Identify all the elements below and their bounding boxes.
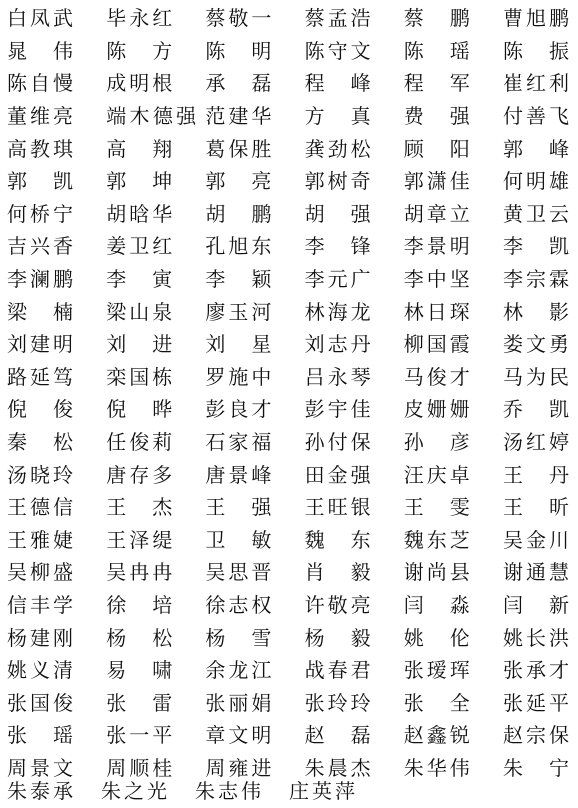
name-row: 王雅婕王泽缇卫敏魏东魏东芝吴金川 — [7, 524, 577, 557]
name-char: 陈 — [503, 39, 523, 63]
person-name: 王强 — [205, 495, 271, 519]
name-cell: 皮姗姗 — [404, 397, 503, 421]
name-char: 兴 — [30, 234, 50, 258]
name-char: 姚 — [7, 658, 27, 682]
name-char: 晓 — [30, 463, 50, 487]
name-char: 旭 — [526, 6, 546, 30]
name-cell: 唐景峰 — [205, 463, 304, 487]
name-char: 刚 — [53, 626, 73, 650]
name-char: 红 — [526, 71, 546, 95]
name-char: 敏 — [251, 528, 271, 552]
name-char: 龙 — [351, 300, 371, 324]
name-char: 付 — [328, 430, 348, 454]
name-char: 自 — [30, 71, 50, 95]
name-char: 董 — [7, 104, 27, 128]
name-cell: 李锋 — [305, 234, 404, 258]
name-char: 吴 — [106, 560, 126, 584]
name-char: 梁 — [7, 300, 27, 324]
name-cell: 吴冉冉 — [106, 560, 205, 584]
name-char: 明 — [53, 332, 73, 356]
person-name: 王雅婕 — [7, 528, 73, 552]
name-char: 春 — [328, 658, 348, 682]
name-char: 丽 — [228, 691, 248, 715]
name-char: 范 — [205, 104, 225, 128]
name-cell: 刘志丹 — [305, 332, 404, 356]
person-name: 李中坚 — [404, 267, 470, 291]
person-name: 李景明 — [404, 234, 470, 258]
name-char: 高 — [106, 137, 126, 161]
name-char: 强 — [351, 202, 371, 226]
person-name: 程峰 — [305, 71, 371, 95]
name-char: 林 — [404, 300, 424, 324]
name-char: 锋 — [351, 234, 371, 258]
name-cell: 程峰 — [305, 71, 404, 95]
name-char: 霞 — [450, 332, 470, 356]
name-char: 勇 — [549, 332, 569, 356]
name-char: 龙 — [228, 658, 248, 682]
name-char: 河 — [251, 300, 271, 324]
person-name: 陈守文 — [305, 39, 371, 63]
name-char: 杨 — [106, 626, 126, 650]
name-char: 桥 — [30, 202, 50, 226]
name-cell: 郭树奇 — [305, 169, 404, 193]
name-cell: 唐存多 — [106, 463, 205, 487]
name-char: 华 — [251, 104, 271, 128]
name-char: 张 — [7, 723, 27, 747]
name-char: 英 — [312, 779, 332, 803]
name-cell: 梁楠 — [7, 300, 106, 324]
person-name: 董维亮 — [7, 104, 73, 128]
person-name: 张国俊 — [7, 691, 73, 715]
name-char: 倪 — [7, 397, 27, 421]
name-char: 永 — [129, 6, 149, 30]
name-char: 胡 — [305, 202, 325, 226]
name-char: 王 — [503, 495, 523, 519]
person-name: 王德信 — [7, 495, 73, 519]
person-name: 廖玉河 — [205, 300, 271, 324]
name-char: 杨 — [305, 626, 325, 650]
name-cell: 朱泰承 — [7, 779, 101, 803]
name-cell: 张丽娟 — [205, 691, 304, 715]
name-char: 胡 — [404, 202, 424, 226]
name-char: 承 — [526, 658, 546, 682]
name-cell: 刘建明 — [7, 332, 106, 356]
name-cell: 王雯 — [404, 495, 503, 519]
name-cell: 肖毅 — [305, 560, 404, 584]
person-name: 晁伟 — [7, 39, 73, 63]
name-char: 承 — [205, 71, 225, 95]
name-cell: 易啸 — [106, 658, 205, 682]
name-char: 孔 — [205, 234, 225, 258]
person-name: 赵宗保 — [503, 723, 569, 747]
name-char: 石 — [205, 430, 225, 454]
name-char: 奇 — [351, 169, 371, 193]
name-char: 一 — [129, 723, 149, 747]
name-char: 元 — [328, 267, 348, 291]
name-char: 伟 — [241, 779, 261, 803]
name-char: 武 — [53, 6, 73, 30]
name-char: 洪 — [549, 626, 569, 650]
name-cell: 赵磊 — [305, 723, 404, 747]
name-char: 赵 — [503, 723, 523, 747]
name-char: 明 — [129, 71, 149, 95]
name-char: 路 — [7, 365, 27, 389]
name-char: 伦 — [450, 626, 470, 650]
person-name: 郭坤 — [106, 169, 172, 193]
name-row: 李澜鹏李寅李颖李元广李中坚李宗霖 — [7, 263, 577, 296]
name-row: 白凤武毕永红蔡敬一蔡孟浩蔡鹏曹旭鹏 — [7, 2, 577, 35]
name-cell: 高翔 — [106, 137, 205, 161]
name-char: 余 — [205, 658, 225, 682]
name-cell: 林日琛 — [404, 300, 503, 324]
name-cell: 何明雄 — [503, 169, 578, 193]
name-char: 李 — [503, 234, 523, 258]
name-char: 磊 — [251, 71, 271, 95]
name-char: 松 — [53, 430, 73, 454]
name-char: 程 — [404, 71, 424, 95]
name-char: 建 — [30, 626, 50, 650]
name-char: 白 — [7, 6, 27, 30]
name-cell: 王泽缇 — [106, 528, 205, 552]
name-char: 宁 — [549, 756, 569, 780]
name-char: 方 — [152, 39, 172, 63]
name-char: 海 — [328, 300, 348, 324]
name-cell: 陈明 — [205, 39, 304, 63]
person-name: 杨松 — [106, 626, 172, 650]
person-name: 朱泰承 — [7, 779, 73, 803]
person-name: 徐培 — [106, 593, 172, 617]
name-cell: 汪庆卓 — [404, 463, 503, 487]
name-char: 红 — [152, 234, 172, 258]
name-cell: 张雷 — [106, 691, 205, 715]
name-cell: 庄英萍 — [289, 779, 383, 803]
name-char: 田 — [305, 463, 325, 487]
name-row: 信丰学徐培徐志权许敬亮闫淼闫新 — [7, 589, 577, 622]
name-char: 光 — [147, 779, 167, 803]
name-cell: 吴思晋 — [205, 560, 304, 584]
name-char: 姚 — [503, 626, 523, 650]
name-char: 良 — [228, 397, 248, 421]
name-char: 志 — [228, 593, 248, 617]
name-char: 李 — [7, 267, 27, 291]
person-name: 任俊莉 — [106, 430, 172, 454]
name-char: 朱 — [195, 779, 215, 803]
name-char: 郭 — [205, 169, 225, 193]
name-char: 凯 — [549, 397, 569, 421]
name-cell: 彭良才 — [205, 397, 304, 421]
name-cell: 郭潇佳 — [404, 169, 503, 193]
name-cell: 王强 — [205, 495, 304, 519]
name-char: 雯 — [450, 495, 470, 519]
person-name: 杨毅 — [305, 626, 371, 650]
name-char: 刘 — [7, 332, 27, 356]
name-char: 郭 — [106, 169, 126, 193]
person-name: 刘进 — [106, 332, 172, 356]
name-cell: 汤红婷 — [503, 430, 578, 454]
name-char: 松 — [351, 137, 371, 161]
person-name: 王丹 — [503, 463, 569, 487]
name-char: 莉 — [152, 430, 172, 454]
person-name: 张瑷珲 — [404, 658, 470, 682]
person-name: 朱华伟 — [404, 756, 470, 780]
name-char: 孟 — [328, 6, 348, 30]
person-name: 章文明 — [205, 723, 271, 747]
name-cell: 董维亮 — [7, 104, 106, 128]
name-char: 战 — [305, 658, 325, 682]
name-char: 鹏 — [251, 202, 271, 226]
person-name: 梁楠 — [7, 300, 73, 324]
name-char: 县 — [450, 560, 470, 584]
name-char: 费 — [404, 104, 424, 128]
person-name: 谢尚县 — [404, 560, 470, 584]
name-char: 文 — [351, 39, 371, 63]
name-char: 张 — [106, 723, 126, 747]
name-char: 鑫 — [427, 723, 447, 747]
name-cell: 胡晗华 — [106, 202, 205, 226]
name-char: 明 — [251, 39, 271, 63]
name-cell: 朱之光 — [101, 779, 195, 803]
name-cell: 孔旭东 — [205, 234, 304, 258]
name-cell: 张承才 — [503, 658, 578, 682]
name-char: 一 — [251, 6, 271, 30]
name-char: 蔡 — [305, 6, 325, 30]
person-name: 张丽娟 — [205, 691, 271, 715]
name-char: 马 — [503, 365, 523, 389]
name-char: 平 — [152, 723, 172, 747]
name-char: 彭 — [205, 397, 225, 421]
name-char: 柳 — [404, 332, 424, 356]
name-char: 志 — [328, 332, 348, 356]
name-char: 张 — [404, 691, 424, 715]
name-char: 王 — [7, 528, 27, 552]
name-char: 信 — [53, 495, 73, 519]
name-char: 崔 — [503, 71, 523, 95]
name-cell: 王旺银 — [305, 495, 404, 519]
name-cell: 朱宁 — [503, 756, 578, 780]
person-name: 林影 — [503, 300, 569, 324]
name-row: 董维亮端木德强范建华方真费强付善飞 — [7, 100, 577, 133]
name-cell: 蔡孟浩 — [305, 6, 404, 30]
name-char: 全 — [450, 691, 470, 715]
name-char: 存 — [129, 463, 149, 487]
name-cell: 蔡鹏 — [404, 6, 503, 30]
name-cell: 乔凯 — [503, 397, 578, 421]
name-cell: 刘星 — [205, 332, 304, 356]
name-char: 魏 — [404, 528, 424, 552]
name-cell: 彭宇佳 — [305, 397, 404, 421]
person-name: 端木德强 — [106, 104, 196, 128]
name-cell: 许敬亮 — [305, 593, 404, 617]
name-char: 曹 — [503, 6, 523, 30]
name-char: 郭 — [7, 169, 27, 193]
person-name: 曹旭鹏 — [503, 6, 569, 30]
name-char: 翔 — [152, 137, 172, 161]
name-char: 俊 — [129, 430, 149, 454]
person-name: 魏东芝 — [404, 528, 470, 552]
name-char: 淼 — [450, 593, 470, 617]
person-name: 张全 — [404, 691, 470, 715]
name-cell: 王丹 — [503, 463, 578, 487]
person-name: 陈振 — [503, 39, 569, 63]
name-char: 华 — [152, 202, 172, 226]
name-cell: 郭坤 — [106, 169, 205, 193]
person-name: 吴思晋 — [205, 560, 271, 584]
name-char: 肖 — [305, 560, 325, 584]
name-char: 卓 — [450, 463, 470, 487]
name-cell: 马为民 — [503, 365, 578, 389]
name-char: 芝 — [450, 528, 470, 552]
name-cell: 胡章立 — [404, 202, 503, 226]
name-char: 萍 — [335, 779, 355, 803]
name-char: 木 — [130, 104, 150, 128]
name-cell: 蔡敬一 — [205, 6, 304, 30]
name-cell: 李景明 — [404, 234, 503, 258]
name-char: 琴 — [351, 365, 371, 389]
name-char: 家 — [228, 430, 248, 454]
name-char: 卫 — [205, 528, 225, 552]
name-cell: 娄文勇 — [503, 332, 578, 356]
person-name: 蔡鹏 — [404, 6, 470, 30]
person-name: 柳国霞 — [404, 332, 470, 356]
name-char: 劲 — [328, 137, 348, 161]
name-char: 丹 — [549, 463, 569, 487]
name-char: 旭 — [228, 234, 248, 258]
name-char: 吴 — [205, 560, 225, 584]
name-char: 华 — [427, 756, 447, 780]
name-char: 强 — [251, 495, 271, 519]
name-char: 晋 — [251, 560, 271, 584]
name-list-last-row: 朱泰承朱之光朱志伟庄英萍 — [7, 777, 383, 805]
name-char: 庆 — [427, 463, 447, 487]
name-char: 付 — [503, 104, 523, 128]
person-name: 汪庆卓 — [404, 463, 470, 487]
name-cell: 栾国栋 — [106, 365, 205, 389]
name-char: 新 — [549, 593, 569, 617]
name-char: 文 — [526, 332, 546, 356]
name-char: 婷 — [549, 430, 569, 454]
name-char: 李 — [305, 234, 325, 258]
name-row: 倪俊倪晔彭良才彭宇佳皮姗姗乔凯 — [7, 393, 577, 426]
person-name: 朱之光 — [101, 779, 167, 803]
name-char: 成 — [106, 71, 126, 95]
name-char: 亮 — [351, 593, 371, 617]
name-char: 松 — [152, 626, 172, 650]
name-cell: 范建华 — [205, 104, 304, 128]
name-cell: 章文明 — [205, 723, 304, 747]
person-name: 陈方 — [106, 39, 172, 63]
person-name: 胡晗华 — [106, 202, 172, 226]
name-row: 路延笃栾国栋罗施中吕永琴马俊才马为民 — [7, 361, 577, 394]
person-name: 李凯 — [503, 234, 569, 258]
name-cell: 秦松 — [7, 430, 106, 454]
name-cell: 姚伦 — [404, 626, 503, 650]
name-char: 马 — [404, 365, 424, 389]
name-char: 楠 — [53, 300, 73, 324]
person-name: 陈明 — [205, 39, 271, 63]
name-char: 信 — [7, 593, 27, 617]
name-char: 德 — [30, 495, 50, 519]
name-char: 慧 — [549, 560, 569, 584]
name-char: 守 — [328, 39, 348, 63]
name-char: 延 — [30, 365, 50, 389]
name-char: 东 — [251, 234, 271, 258]
name-cell: 魏东 — [305, 528, 404, 552]
name-char: 瑷 — [427, 658, 447, 682]
name-char: 盛 — [53, 560, 73, 584]
person-name: 陈自慢 — [7, 71, 73, 95]
person-name: 孙付保 — [305, 430, 371, 454]
name-char: 姚 — [404, 626, 424, 650]
name-char: 王 — [305, 495, 325, 519]
person-name: 李澜鹏 — [7, 267, 73, 291]
person-name: 张瑶 — [7, 723, 73, 747]
name-char: 俊 — [427, 365, 447, 389]
name-char: 李 — [305, 267, 325, 291]
person-name: 郭树奇 — [305, 169, 371, 193]
name-cell: 张瑷珲 — [404, 658, 503, 682]
name-char: 俊 — [53, 691, 73, 715]
name-char: 朱 — [7, 779, 27, 803]
name-char: 王 — [106, 495, 126, 519]
name-cell: 李宗霖 — [503, 267, 578, 291]
name-char: 卫 — [526, 202, 546, 226]
person-name: 程军 — [404, 71, 470, 95]
person-name: 刘志丹 — [305, 332, 371, 356]
person-name: 刘星 — [205, 332, 271, 356]
person-name: 皮姗姗 — [404, 397, 470, 421]
person-name: 刘建明 — [7, 332, 73, 356]
person-name: 梁山泉 — [106, 300, 172, 324]
person-name: 杨雪 — [205, 626, 271, 650]
name-char: 维 — [30, 104, 50, 128]
person-name: 吴柳盛 — [7, 560, 73, 584]
name-char: 志 — [218, 779, 238, 803]
name-char: 毅 — [351, 626, 371, 650]
name-char: 梁 — [106, 300, 126, 324]
name-cell: 龚劲松 — [305, 137, 404, 161]
name-char: 秦 — [7, 430, 27, 454]
name-cell: 朱华伟 — [404, 756, 503, 780]
name-row: 梁楠梁山泉廖玉河林海龙林日琛林影 — [7, 295, 577, 328]
name-cell: 杨毅 — [305, 626, 404, 650]
name-char: 栾 — [106, 365, 126, 389]
name-char: 思 — [228, 560, 248, 584]
person-name: 杨建刚 — [7, 626, 73, 650]
person-name: 朱志伟 — [195, 779, 261, 803]
person-name: 白凤武 — [7, 6, 73, 30]
name-row: 郭凯郭坤郭亮郭树奇郭潇佳何明雄 — [7, 165, 577, 198]
name-cell: 曹旭鹏 — [503, 6, 578, 30]
person-name: 林海龙 — [305, 300, 371, 324]
name-char: 君 — [351, 658, 371, 682]
name-char: 建 — [30, 332, 50, 356]
name-char: 乔 — [503, 397, 523, 421]
name-cell: 何桥宁 — [7, 202, 106, 226]
name-cell: 赵鑫锐 — [404, 723, 503, 747]
person-name: 吕永琴 — [305, 365, 371, 389]
name-cell: 李中坚 — [404, 267, 503, 291]
name-char: 张 — [106, 691, 126, 715]
name-char: 丰 — [30, 593, 50, 617]
name-cell: 付善飞 — [503, 104, 578, 128]
name-char: 张 — [404, 658, 424, 682]
name-char: 飞 — [549, 104, 569, 128]
person-name: 成明根 — [106, 71, 172, 95]
name-char: 佳 — [351, 397, 371, 421]
person-name: 易啸 — [106, 658, 172, 682]
name-char: 栋 — [152, 365, 172, 389]
name-cell: 闫淼 — [404, 593, 503, 617]
